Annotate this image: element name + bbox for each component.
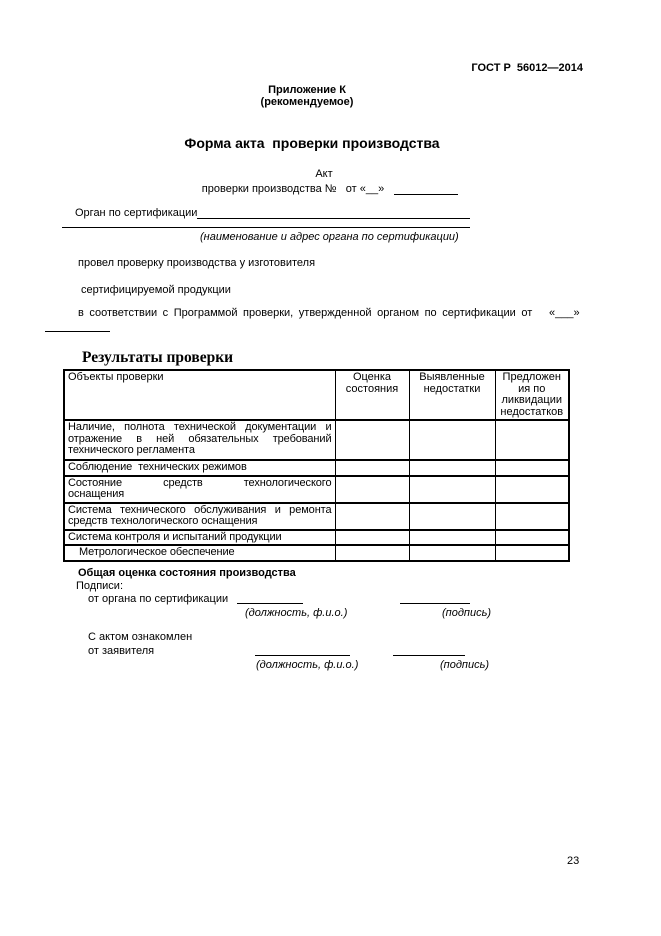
empty-cell <box>495 530 569 546</box>
row-label-maintenance: Система технического обслуживания и ремо… <box>64 503 335 530</box>
col-header-objects: Объекты проверки <box>64 370 335 420</box>
table-row: Соблюдение технических режимов <box>64 460 569 476</box>
overall-assessment-label: Общая оценка состояния производства <box>78 567 296 579</box>
acquainted-label: С актом ознакомлен <box>88 631 192 643</box>
row-label-documentation: Наличие, полнота технической документаци… <box>64 420 335 460</box>
applicant-position-caption: (должность, ф.и.о.) <box>256 659 358 671</box>
from-cert-body-label: от органа по сертификации <box>88 593 228 605</box>
results-heading: Результаты проверки <box>82 349 233 367</box>
table-header-row: Объекты проверки Оценка состояния Выявле… <box>64 370 569 420</box>
col-header-proposals: Предложен ия по ликвидации недостатков <box>495 370 569 420</box>
row-label-regimes: Соблюдение технических режимов <box>64 460 335 476</box>
standard-reference: ГОСТ Р 56012—2014 <box>471 62 583 74</box>
empty-cell <box>335 503 409 530</box>
col-header-assessment: Оценка состояния <box>335 370 409 420</box>
cert-position-blank-line <box>237 603 303 604</box>
table-row: Метрологическое обеспечение <box>64 545 569 561</box>
act-number-text: проверки производства № от «__» <box>202 183 384 195</box>
empty-cell <box>409 476 495 503</box>
page-number: 23 <box>567 855 579 867</box>
applicant-signature-blank-line <box>393 655 465 656</box>
act-number-line: проверки производства № от «__» <box>0 182 660 195</box>
act-heading: Акт <box>0 168 648 180</box>
results-table: Объекты проверки Оценка состояния Выявле… <box>63 369 570 562</box>
empty-cell <box>409 460 495 476</box>
empty-cell <box>409 530 495 546</box>
row-label-equipment-state: Состояние средств технологического оснащ… <box>64 476 335 503</box>
line-conducted: провел проверку производства у изготовит… <box>78 257 315 269</box>
row-label-metrology: Метрологическое обеспечение <box>64 545 335 561</box>
col-header-deficiencies: Выявленные недостатки <box>409 370 495 420</box>
cert-body-caption: (наименование и адрес органа по сертифик… <box>200 231 459 243</box>
appendix-label: Приложение К <box>0 84 614 96</box>
form-title: Форма акта проверки производства <box>0 135 624 151</box>
empty-cell <box>335 460 409 476</box>
empty-cell <box>409 503 495 530</box>
line-product: сертифицируемой продукции <box>81 284 231 296</box>
empty-cell <box>409 420 495 460</box>
table-row: Состояние средств технологического оснащ… <box>64 476 569 503</box>
appendix-kind: (рекомендуемое) <box>0 96 614 108</box>
empty-cell <box>335 545 409 561</box>
empty-cell <box>495 503 569 530</box>
cert-body-line: Орган по сертификации <box>75 206 470 219</box>
document-page: ГОСТ Р 56012—2014 Приложение К (рекоменд… <box>0 0 661 936</box>
cert-body-label: Орган по сертификации <box>75 207 197 219</box>
cert-signature-blank-line <box>400 603 470 604</box>
from-applicant-label: от заявителя <box>88 645 154 657</box>
signatures-label: Подписи: <box>76 580 123 592</box>
table-row: Наличие, полнота технической документаци… <box>64 420 569 460</box>
cert-position-caption: (должность, ф.и.о.) <box>245 607 347 619</box>
empty-cell <box>495 420 569 460</box>
table-row: Система технического обслуживания и ремо… <box>64 503 569 530</box>
applicant-signature-caption: (подпись) <box>440 659 489 671</box>
empty-cell <box>495 476 569 503</box>
cert-body-blank-line <box>197 206 470 219</box>
table-row: Система контроля и испытаний продукции <box>64 530 569 546</box>
empty-cell <box>409 545 495 561</box>
empty-cell <box>495 460 569 476</box>
empty-cell <box>335 530 409 546</box>
row-label-control: Система контроля и испытаний продукции <box>64 530 335 546</box>
program-date-blank-line <box>45 331 110 332</box>
line-program: в соответствии с Программой проверки, ут… <box>78 307 580 319</box>
cert-signature-caption: (подпись) <box>442 607 491 619</box>
applicant-position-blank-line <box>255 655 350 656</box>
act-date-blank-line <box>394 182 458 195</box>
empty-cell <box>495 545 569 561</box>
empty-cell <box>335 420 409 460</box>
cert-body-blank-line-2 <box>62 227 470 228</box>
appendix-heading: Приложение К (рекомендуемое) <box>0 84 614 108</box>
